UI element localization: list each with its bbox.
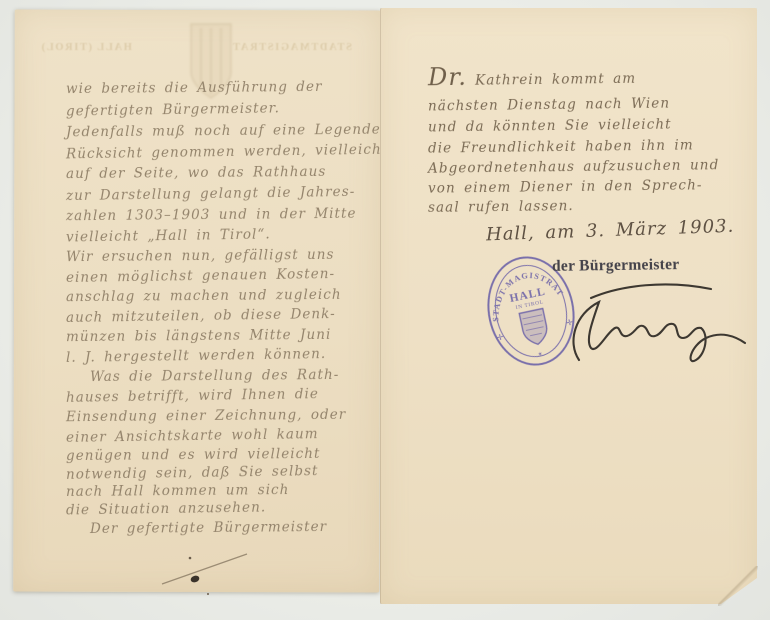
office-title-stamp: der Bürgermeister [552, 256, 680, 276]
handwritten-line: nach Hall kommen um sich [66, 482, 290, 500]
document-scan: STADTMAGISTRAT HALL (TIROL) wie bereits … [0, 0, 770, 620]
handwritten-line: wie bereits die Ausführung der [66, 79, 323, 97]
handwritten-line: zahlen 1303–1903 und in der Mitte [66, 206, 357, 225]
opening-initial: Dr. [428, 63, 467, 91]
handwritten-line: vielleicht „Hall in Tirol“. [66, 226, 271, 245]
handwritten-line: Der gefertigte Bürgermeister [90, 519, 327, 537]
end-mark-icon [150, 546, 270, 602]
handwritten-line: münzen bis längstens Mitte Juni [66, 327, 331, 345]
seal-cross-left: ✛ [496, 332, 505, 342]
handwritten-line: auf der Seite, wo das Rathhaus [66, 164, 326, 182]
handwritten-line: von einem Diener in den Sprech- [428, 177, 703, 196]
seal-star: ✶ [537, 351, 543, 359]
handwritten-line: die Situation anzusehen. [66, 500, 266, 519]
handwritten-line: gefertigten Bürgermeister. [66, 100, 280, 119]
handwritten-line: die Freundlichkeit haben ihn im [428, 137, 694, 156]
handwritten-line: Was die Darstellung des Rath- [90, 367, 339, 385]
mayor-signature [563, 276, 753, 371]
handwritten-line: Jedenfalls muß noch auf eine Legende [66, 122, 381, 141]
handwritten-line: nächsten Dienstag nach Wien [428, 96, 670, 115]
handwritten-line: genügen und es wird vielleicht [66, 446, 321, 464]
handwritten-line: saal rufen lassen. [428, 198, 574, 216]
letterhead-showthrough-right: HALL (TIROL) [40, 42, 132, 53]
handwritten-line: und da könnten Sie vielleicht [428, 117, 672, 136]
handwritten-line: Einsendung einer Zeichnung, oder [66, 407, 346, 425]
handwritten-line: Kathrein kommt am [475, 71, 636, 89]
seal-shield [519, 309, 550, 347]
handwritten-line: Wir ersuchen nun, gefälligst uns [66, 247, 335, 265]
letterhead-showthrough-left: STADTMAGISTRAT [231, 42, 352, 53]
handwritten-line: anschlag zu machen und zugleich [66, 287, 342, 305]
